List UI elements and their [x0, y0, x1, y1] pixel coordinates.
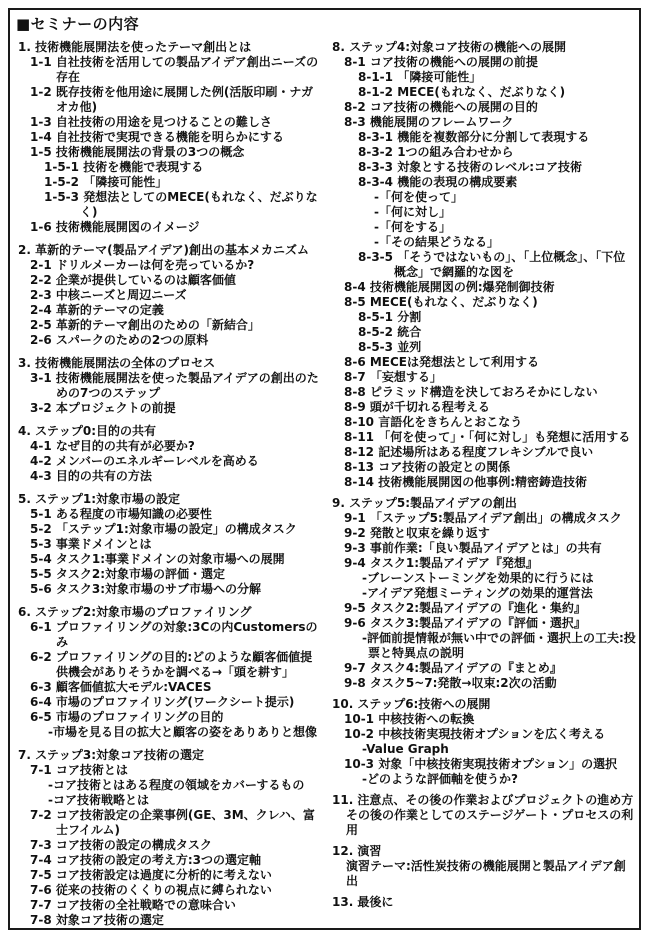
toc-line: 4-3 目的の共有の方法: [18, 469, 324, 484]
toc-line: -市場を見る目の拡大と顧客の姿をありありと想像: [18, 725, 324, 740]
toc-line: -「何をする」: [332, 220, 636, 235]
toc-line: 4-2 メンバーのエネルギーレベルを高める: [18, 454, 324, 469]
toc-line: 1-1 自社技術を活用しての製品アイデア創出ニーズの存在: [18, 55, 324, 85]
toc-section: 12. 演習演習テーマ:活性炭技術の機能展開と製品アイデア創出: [332, 844, 636, 889]
toc-line: 8-1-1 「隣接可能性」: [332, 70, 636, 85]
toc-line: 1-5-3 発想法としてのMECE(もれなく、だぶりなく): [18, 190, 324, 220]
toc-section-heading: 11. 注意点、その後の作業およびプロジェクトの進め方: [332, 793, 636, 808]
toc-line: 8-3-4 機能の表現の構成要素: [332, 175, 636, 190]
toc-line: 9-3 事前作業:「良い製品アイデアとは」の共有: [332, 541, 636, 556]
toc-line: 2-1 ドリルメーカーは何を売っているか?: [18, 258, 324, 273]
toc-line: 8-14 技術機能展開図の他事例:精密鋳造技術: [332, 475, 636, 490]
toc-line: -「その結果どうなる」: [332, 235, 636, 250]
toc-line: 1-4 自社技術で実現できる機能を明らかにする: [18, 130, 324, 145]
toc-section-heading: 3. 技術機能展開法の全体のプロセス: [18, 356, 324, 371]
toc-line: 5-3 事業ドメインとは: [18, 537, 324, 552]
toc-line: 6-1 プロファイリングの対象:3Cの内Customersのみ: [18, 620, 324, 650]
toc-line: 演習テーマ:活性炭技術の機能展開と製品アイデア創出: [332, 859, 636, 889]
toc-section: 3. 技術機能展開法の全体のプロセス3-1 技術機能展開法を使った製品アイデアの…: [18, 356, 324, 416]
toc-line: 8-5-3 並列: [332, 340, 636, 355]
toc-line: 8-11 「何を使って」・「何に対し」も発想に活用する: [332, 430, 636, 445]
toc-line: 7-1 コア技術とは: [18, 763, 324, 778]
toc-line: -「何を使って」: [332, 190, 636, 205]
toc-section-heading: 9. ステップ5:製品アイデアの創出: [332, 496, 636, 511]
toc-line: 8-3-1 機能を複数部分に分割して表現する: [332, 130, 636, 145]
toc-section: 11. 注意点、その後の作業およびプロジェクトの進め方その後の作業としてのステー…: [332, 793, 636, 838]
toc-line: 8-10 言語化をきちんとおこなう: [332, 415, 636, 430]
toc-line: 8-5 MECE(もれなく、だぶりなく): [332, 295, 636, 310]
toc-section: 13. 最後に: [332, 895, 636, 910]
toc-section: 10. ステップ6:技術への展開10-1 中核技術への転換10-2 中核技術実現…: [332, 697, 636, 787]
toc-line: 2-6 スパークのための2つの原料: [18, 333, 324, 348]
toc-line: 7-6 従来の技術のくくりの視点に縛られない: [18, 883, 324, 898]
toc-line: 2-4 革新的テーマの定義: [18, 303, 324, 318]
toc-line: 8-3 機能展開のフレームワーク: [332, 115, 636, 130]
toc-line: 7-7 コア技術の全社戦略での意味合い: [18, 898, 324, 913]
toc-line: 8-7 「妄想する」: [332, 370, 636, 385]
toc-line: 9-8 タスク5~7:発散→収束:2次の活動: [332, 676, 636, 691]
toc-line: -評価前提情報が無い中での評価・選択上の工夫:投票と特異点の説明: [332, 631, 636, 661]
toc-section-heading: 1. 技術機能展開法を使ったテーマ創出とは: [18, 40, 324, 55]
toc-line: 5-6 タスク3:対象市場のサブ市場への分解: [18, 582, 324, 597]
toc-columns: 1. 技術機能展開法を使ったテーマ創出とは1-1 自社技術を活用しての製品アイデ…: [18, 40, 636, 928]
toc-section: 9. ステップ5:製品アイデアの創出9-1 「ステップ5:製品アイデア創出」の構…: [332, 496, 636, 691]
toc-line: -コア技術とはある程度の領域をカバーするもの: [18, 778, 324, 793]
toc-line: 1-5 技術機能展開法の背景の3つの概念: [18, 145, 324, 160]
toc-line: 9-4 タスク1:製品アイデア『発想』: [332, 556, 636, 571]
page-title: ■セミナーの内容: [16, 13, 139, 34]
toc-section-heading: 8. ステップ4:対象コア技術の機能への展開: [332, 40, 636, 55]
toc-line: 8-8 ピラミッド構造を決しておろそかにしない: [332, 385, 636, 400]
toc-line: 2-2 企業が提供しているのは顧客価値: [18, 273, 324, 288]
toc-section: 1. 技術機能展開法を使ったテーマ創出とは1-1 自社技術を活用しての製品アイデ…: [18, 40, 324, 235]
toc-line: 9-2 発散と収束を繰り返す: [332, 526, 636, 541]
toc-line: 8-2 コア技術の機能への展開の目的: [332, 100, 636, 115]
toc-line: 9-5 タスク2:製品アイデアの『進化・集約』: [332, 601, 636, 616]
toc-column-right: 8. ステップ4:対象コア技術の機能への展開8-1 コア技術の機能への展開の前提…: [332, 40, 636, 928]
toc-line: 9-6 タスク3:製品アイデアの『評価・選択』: [332, 616, 636, 631]
toc-line: 6-3 顧客価値拡大モデル:VACES: [18, 680, 324, 695]
toc-line: 8-9 頭が千切れる程考える: [332, 400, 636, 415]
toc-section-heading: 5. ステップ1:対象市場の設定: [18, 492, 324, 507]
toc-section-heading: 6. ステップ2:対象市場のプロファイリング: [18, 605, 324, 620]
toc-line: 10-2 中核技術実現技術オプションを広く考える: [332, 727, 636, 742]
toc-line: -アイデア発想ミーティングの効果的運営法: [332, 586, 636, 601]
toc-line: 10-1 中核技術への転換: [332, 712, 636, 727]
toc-section: 5. ステップ1:対象市場の設定5-1 ある程度の市場知識の必要性5-2 「ステ…: [18, 492, 324, 597]
toc-line: 3-2 本プロジェクトの前提: [18, 401, 324, 416]
toc-line: 8-1-2 MECE(もれなく、だぶりなく): [332, 85, 636, 100]
toc-line: -Value Graph: [332, 742, 636, 757]
toc-line: 8-12 記述場所はある程度フレキシブルで良い: [332, 445, 636, 460]
toc-line: 8-3-2 1つの組み合わせから: [332, 145, 636, 160]
toc-line: 3-1 技術機能展開法を使った製品アイデアの創出のための7つのステップ: [18, 371, 324, 401]
toc-line: 1-5-2 「隣接可能性」: [18, 175, 324, 190]
toc-line: 7-8 対象コア技術の選定: [18, 913, 324, 928]
toc-line: -「何に対し」: [332, 205, 636, 220]
toc-line: 2-5 革新的テーマ創出のための「新結合」: [18, 318, 324, 333]
toc-line: 1-2 既存技術を他用途に展開した例(活版印刷・ナガオカ他): [18, 85, 324, 115]
toc-line: 10-3 対象「中核技術実現技術オプション」の選択: [332, 757, 636, 772]
toc-line: 8-3-3 対象とする技術のレベル:コア技術: [332, 160, 636, 175]
toc-section: 2. 革新的テーマ(製品アイデア)創出の基本メカニズム2-1 ドリルメーカーは何…: [18, 243, 324, 348]
toc-line: 5-2 「ステップ1:対象市場の設定」の構成タスク: [18, 522, 324, 537]
toc-column-left: 1. 技術機能展開法を使ったテーマ創出とは1-1 自社技術を活用しての製品アイデ…: [18, 40, 324, 928]
toc-line: -コア技術戦略とは: [18, 793, 324, 808]
toc-line: 4-1 なぜ目的の共有が必要か?: [18, 439, 324, 454]
toc-section-heading: 10. ステップ6:技術への展開: [332, 697, 636, 712]
toc-line: 7-3 コア技術の設定の構成タスク: [18, 838, 324, 853]
toc-line: 8-6 MECEは発想法として利用する: [332, 355, 636, 370]
toc-section: 7. ステップ3:対象コア技術の選定7-1 コア技術とは-コア技術とはある程度の…: [18, 748, 324, 928]
toc-section-heading: 13. 最後に: [332, 895, 636, 910]
toc-line: 6-4 市場のプロファイリング(ワークシート提示): [18, 695, 324, 710]
toc-line: 1-3 自社技術の用途を見つけることの難しさ: [18, 115, 324, 130]
toc-line: 8-13 コア技術の設定との関係: [332, 460, 636, 475]
toc-line: 2-3 中核ニーズと周辺ニーズ: [18, 288, 324, 303]
toc-line: 7-2 コア技術設定の企業事例(GE、3M、クレハ、富士フイルム): [18, 808, 324, 838]
toc-section: 4. ステップ0:目的の共有4-1 なぜ目的の共有が必要か?4-2 メンバーのエ…: [18, 424, 324, 484]
toc-line: 5-4 タスク1:事業ドメインの対象市場への展開: [18, 552, 324, 567]
toc-section: 8. ステップ4:対象コア技術の機能への展開8-1 コア技術の機能への展開の前提…: [332, 40, 636, 490]
toc-line: 6-2 プロファイリングの目的:どのような顧客価値提供機会がありそうかを調べる→…: [18, 650, 324, 680]
toc-line: 8-5-2 統合: [332, 325, 636, 340]
toc-line: 1-5-1 技術を機能で表現する: [18, 160, 324, 175]
toc-line: 7-4 コア技術の設定の考え方:3つの選定軸: [18, 853, 324, 868]
toc-section-heading: 12. 演習: [332, 844, 636, 859]
toc-line: 7-5 コア技術設定は過度に分析的に考えない: [18, 868, 324, 883]
toc-line: 9-1 「ステップ5:製品アイデア創出」の構成タスク: [332, 511, 636, 526]
toc-line: 8-1 コア技術の機能への展開の前提: [332, 55, 636, 70]
toc-line: 5-1 ある程度の市場知識の必要性: [18, 507, 324, 522]
toc-line: 8-3-5 「そうではないもの」、「上位概念」、「下位概念」で網羅的な図を: [332, 250, 636, 280]
toc-section-heading: 2. 革新的テーマ(製品アイデア)創出の基本メカニズム: [18, 243, 324, 258]
toc-line: 9-7 タスク4:製品アイデアの『まとめ』: [332, 661, 636, 676]
toc-line: 8-5-1 分割: [332, 310, 636, 325]
toc-section-heading: 4. ステップ0:目的の共有: [18, 424, 324, 439]
toc-line: -ブレーンストーミングを効果的に行うには: [332, 571, 636, 586]
toc-line: 6-5 市場のプロファイリングの目的: [18, 710, 324, 725]
toc-line: 1-6 技術機能展開図のイメージ: [18, 220, 324, 235]
toc-line: その後の作業としてのステージゲート・プロセスの利用: [332, 808, 636, 838]
toc-line: -どのような評価軸を使うか?: [332, 772, 636, 787]
toc-line: 5-5 タスク2:対象市場の評価・選定: [18, 567, 324, 582]
toc-line: 8-4 技術機能展開図の例:爆発制御技術: [332, 280, 636, 295]
toc-section-heading: 7. ステップ3:対象コア技術の選定: [18, 748, 324, 763]
toc-section: 6. ステップ2:対象市場のプロファイリング6-1 プロファイリングの対象:3C…: [18, 605, 324, 740]
